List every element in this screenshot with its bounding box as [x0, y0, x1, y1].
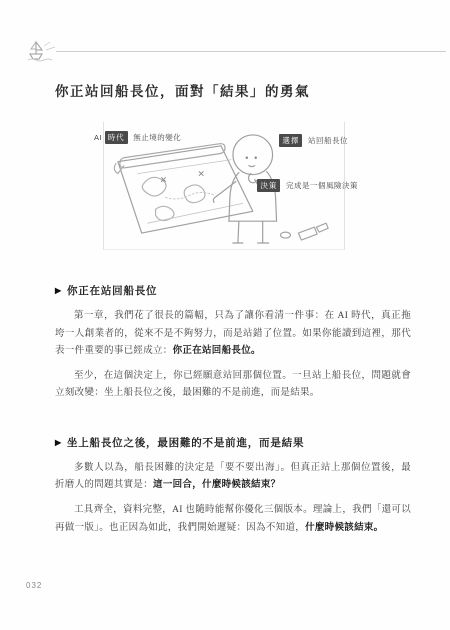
paragraph-bold-text: 你正在站回船長位。 [173, 346, 261, 356]
label-ai-era-tag: 時代 [105, 131, 128, 144]
label-ai-era: AI 時代 無止境的變化 [94, 131, 181, 144]
paper-boat-sketch-icon [26, 34, 62, 62]
paragraph: 第一章，我們花了很長的篇幅，只為了讓你看清一件事：在 AI 時代，真正拖垮一人創… [55, 308, 411, 361]
label-decision-text: 完成是一個風險決策 [286, 181, 358, 190]
paragraph-bold-text: 什麼時候該結束。 [305, 523, 383, 533]
triangle-marker-icon: ▶ [55, 438, 62, 447]
label-ai-era-text: 無止境的變化 [133, 133, 181, 142]
body-text: ▶你正在站回船長位 第一章，我們花了很長的篇幅，只為了讓你看清一件事：在 AI … [55, 283, 411, 544]
section-heading-2: ▶坐上船長位之後，最困難的不是前進，而是結果 [55, 435, 411, 450]
section-heading-2-text: 坐上船長位之後，最困難的不是前進，而是結果 [67, 437, 304, 449]
paragraph: 工具齊全，資料完整，AI 也隨時能幫你優化三個版本。理論上，我們「還可以再做一版… [55, 502, 411, 537]
paragraph: 多數人以為，船長困難的決定是「要不要出海」。但真正站上那個位置後，最折磨人的問題… [55, 460, 411, 495]
label-decision-tag: 決策 [257, 179, 280, 192]
triangle-marker-icon: ▶ [55, 286, 62, 295]
illustration-frame: AI 時代 無止境的變化 選擇 站回船長位 決策 完成是一個風險決策 [103, 122, 345, 250]
section-heading-1: ▶你正在站回船長位 [55, 283, 411, 298]
label-ai-era-prefix: AI [94, 133, 102, 142]
header-divider [56, 51, 446, 52]
label-decision: 決策 完成是一個風險決策 [257, 179, 358, 192]
label-choice: 選擇 站回船長位 [279, 134, 348, 147]
label-choice-text: 站回船長位 [308, 136, 348, 145]
chapter-title: 你正站回船長位，面對「結果」的勇氣 [55, 80, 415, 100]
paragraph-text: 至少，在這個決定上，你已經願意站回那個位置。一旦站上船長位，問題就會立刻改變：坐… [55, 371, 411, 399]
book-page: 你正站回船長位，面對「結果」的勇氣 [0, 0, 450, 630]
page-number: 032 [26, 581, 42, 590]
label-choice-tag: 選擇 [279, 134, 302, 147]
section-heading-1-text: 你正在站回船長位 [67, 285, 157, 297]
paragraph-bold-text: 這一回合，什麼時候該結束？ [153, 480, 280, 490]
paragraph: 至少，在這個決定上，你已經願意站回那個位置。一旦站上船長位，問題就會立刻改變：坐… [55, 368, 411, 403]
